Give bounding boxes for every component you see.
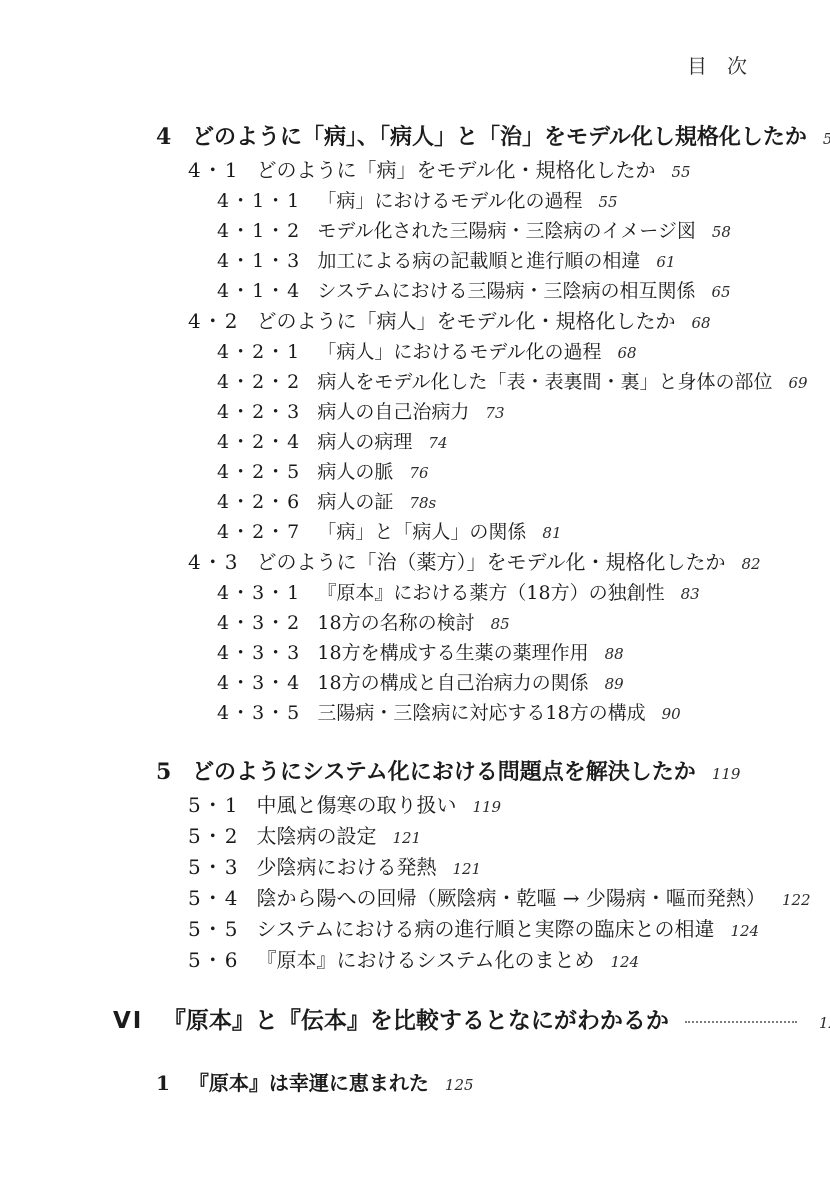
entry-title: 18方の構成と自己治病力の関係 — [317, 672, 588, 694]
entry-page-number: 55 — [823, 130, 830, 148]
entry-title: 『原本』における薬方（18方）の独創性 — [317, 582, 664, 604]
toc-entry: 4・3・218方の名称の検討85 — [0, 609, 830, 639]
toc-entry: 4どのように「病」、「病人」と「治」をモデル化し規格化したか55 — [0, 121, 830, 156]
entry-number: 4・3・5 — [217, 702, 301, 724]
entry-title: 『原本』と『伝本』を比較するとなにがわかるか — [163, 1008, 669, 1034]
entry-number: 4・3 — [188, 550, 239, 574]
entry-number: 4・2・4 — [217, 431, 301, 453]
entry-page-number: 69 — [788, 374, 807, 392]
toc-entry: 4・2・6病人の証78s — [0, 488, 830, 518]
entry-page-number: 119 — [712, 765, 741, 783]
entry-page-number: 73 — [485, 404, 504, 422]
entry-number: 4・3・3 — [217, 642, 301, 664]
dotted-leader — [685, 1019, 797, 1023]
page-title: 目 次 — [0, 50, 747, 79]
entry-title: 少陰病における発熱 — [256, 855, 436, 879]
entry-number: 5・5 — [188, 917, 239, 941]
entry-title: どのように「病」、「病人」と「治」をモデル化し規格化したか — [192, 124, 807, 150]
entry-title: 「病人」におけるモデル化の過程 — [317, 341, 601, 363]
entry-number: 5・2 — [188, 824, 239, 848]
toc-entry: 5・4陰から陽への回帰（厥陰病・乾嘔 → 少陽病・嘔而発熱）122 — [0, 884, 830, 915]
entry-number: 4・2・2 — [217, 371, 301, 393]
entry-page-number: 121 — [452, 860, 481, 878]
entry-number: VI — [113, 1008, 143, 1034]
entry-page-number: 88 — [605, 645, 624, 663]
entry-page-number: 81 — [542, 524, 561, 542]
entry-title: 太陰病の設定 — [256, 824, 376, 848]
entry-title: どのようにシステム化における問題点を解決したか — [192, 759, 696, 785]
toc-entry: 4・3・5三陽病・三陰病に対応する18方の構成90 — [0, 699, 830, 729]
entry-number: 1 — [156, 1071, 172, 1095]
entry-title: 陰から陽への回帰（厥陰病・乾嘔 → 少陽病・嘔而発熱） — [256, 886, 765, 910]
entry-page-number: 82 — [741, 555, 760, 573]
entry-number: 4・2・3 — [217, 401, 301, 423]
entry-number: 4・1・2 — [217, 220, 301, 242]
entry-title: 病人の自己治病力 — [317, 401, 469, 423]
entry-page-number: 124 — [610, 953, 639, 971]
entry-page-number: 85 — [491, 615, 510, 633]
toc-entry: VI『原本』と『伝本』を比較するとなにがわかるか125 — [0, 1004, 830, 1040]
toc-entry: 4・3・1『原本』における薬方（18方）の独創性83 — [0, 579, 830, 609]
entry-number: 4・2・1 — [217, 341, 301, 363]
toc-entry: 4・2・7「病」と「病人」の関係81 — [0, 518, 830, 548]
entry-page-number: 122 — [782, 891, 811, 909]
entry-number: 4・3・2 — [217, 612, 301, 634]
entry-number: 4・3・1 — [217, 582, 301, 604]
toc-entry: 4・1・3加工による病の記載順と進行順の相違61 — [0, 247, 830, 277]
entry-title: モデル化された三陽病・三陰病のイメージ図 — [317, 220, 695, 242]
toc-entry: 4・1・4システムにおける三陽病・三陰病の相互関係65 — [0, 277, 830, 307]
entry-page-number: 55 — [671, 163, 690, 181]
entry-title: 中風と傷寒の取り扱い — [256, 793, 456, 817]
entry-title: システムにおける三陽病・三陰病の相互関係 — [317, 280, 695, 302]
entry-page-number: 76 — [409, 464, 428, 482]
entry-number: 4・1 — [188, 158, 239, 182]
entry-number: 4 — [156, 124, 173, 150]
toc-entry: 5・1中風と傷寒の取り扱い119 — [0, 791, 830, 822]
toc-entry: 1『原本』は幸運に恵まれた125 — [0, 1067, 830, 1101]
entry-page-number: 65 — [712, 283, 731, 301]
toc-page: 目 次 4どのように「病」、「病人」と「治」をモデル化し規格化したか554・1ど… — [0, 0, 830, 1179]
entry-number: 4・1・3 — [217, 250, 301, 272]
entry-page-number: 83 — [681, 585, 700, 603]
toc-entry: 4・2どのように「病人」をモデル化・規格化したか68 — [0, 307, 830, 338]
entry-title: 「病」と「病人」の関係 — [317, 521, 526, 543]
entry-title: どのように「病」をモデル化・規格化したか — [256, 158, 655, 182]
toc-entry: 4・1・1「病」におけるモデル化の過程55 — [0, 187, 830, 217]
entry-page-number: 125 — [819, 1014, 830, 1032]
entry-number: 4・2 — [188, 309, 239, 333]
toc-entry: 4・2・2病人をモデル化した「表・表裏間・裏」と身体の部位69 — [0, 368, 830, 398]
entry-title: どのように「病人」をモデル化・規格化したか — [256, 309, 675, 333]
entry-page-number: 90 — [662, 705, 681, 723]
entry-page-number: 68 — [617, 344, 636, 362]
entry-page-number: 58 — [712, 223, 731, 241]
toc-entry: 4・2・3病人の自己治病力73 — [0, 398, 830, 428]
entry-page-number: 78s — [409, 494, 436, 512]
entry-number: 4・1・4 — [217, 280, 301, 302]
entry-title: どのように「治（薬方）」をモデル化・規格化したか — [256, 550, 725, 574]
entry-title: 『原本』におけるシステム化のまとめ — [256, 948, 594, 972]
entry-page-number: 74 — [428, 434, 447, 452]
entry-number: 4・2・6 — [217, 491, 301, 513]
entry-page-number: 125 — [445, 1076, 474, 1094]
entry-page-number: 55 — [598, 193, 617, 211]
toc-entry: 5・6『原本』におけるシステム化のまとめ124 — [0, 946, 830, 977]
entry-page-number: 89 — [605, 675, 624, 693]
entry-title: 病人の証 — [317, 491, 393, 513]
entry-title: 加工による病の記載順と進行順の相違 — [317, 250, 640, 272]
entry-number: 5 — [156, 759, 173, 785]
entry-page-number: 68 — [691, 314, 710, 332]
entry-title: 病人をモデル化した「表・表裏間・裏」と身体の部位 — [317, 371, 772, 393]
toc-entry: 4・2・5病人の脈76 — [0, 458, 830, 488]
entry-title: 18方を構成する生薬の薬理作用 — [317, 642, 588, 664]
toc-entry: 4・3どのように「治（薬方）」をモデル化・規格化したか82 — [0, 548, 830, 579]
entry-number: 5・6 — [188, 948, 239, 972]
entry-page-number: 124 — [730, 922, 759, 940]
entry-number: 4・2・5 — [217, 461, 301, 483]
entry-title: 病人の病理 — [317, 431, 412, 453]
toc-entry: 4・2・4病人の病理74 — [0, 428, 830, 458]
entry-number: 5・3 — [188, 855, 239, 879]
toc-entry: 5どのようにシステム化における問題点を解決したか119 — [0, 756, 830, 791]
entry-title: 『原本』は幸運に恵まれた — [189, 1071, 429, 1095]
toc-entry: 4・1どのように「病」をモデル化・規格化したか55 — [0, 156, 830, 187]
toc-entry: 4・3・318方を構成する生薬の薬理作用88 — [0, 639, 830, 669]
entry-number: 4・3・4 — [217, 672, 301, 694]
toc-list: 4どのように「病」、「病人」と「治」をモデル化し規格化したか554・1どのように… — [0, 121, 830, 1101]
toc-entry: 5・5システムにおける病の進行順と実際の臨床との相違124 — [0, 915, 830, 946]
entry-title: システムにおける病の進行順と実際の臨床との相違 — [256, 917, 714, 941]
toc-entry: 5・2太陰病の設定121 — [0, 822, 830, 853]
entry-page-number: 121 — [392, 829, 421, 847]
entry-page-number: 61 — [656, 253, 675, 271]
entry-title: 三陽病・三陰病に対応する18方の構成 — [317, 702, 645, 724]
entry-title: 病人の脈 — [317, 461, 393, 483]
toc-entry: 5・3少陰病における発熱121 — [0, 853, 830, 884]
entry-page-number: 119 — [472, 798, 501, 816]
entry-title: 18方の名称の検討 — [317, 612, 474, 634]
entry-number: 5・1 — [188, 793, 239, 817]
entry-number: 4・2・7 — [217, 521, 301, 543]
entry-number: 5・4 — [188, 886, 239, 910]
entry-title: 「病」におけるモデル化の過程 — [317, 190, 582, 212]
toc-entry: 4・1・2モデル化された三陽病・三陰病のイメージ図58 — [0, 217, 830, 247]
toc-entry: 4・2・1「病人」におけるモデル化の過程68 — [0, 338, 830, 368]
toc-entry: 4・3・418方の構成と自己治病力の関係89 — [0, 669, 830, 699]
entry-number: 4・1・1 — [217, 190, 301, 212]
